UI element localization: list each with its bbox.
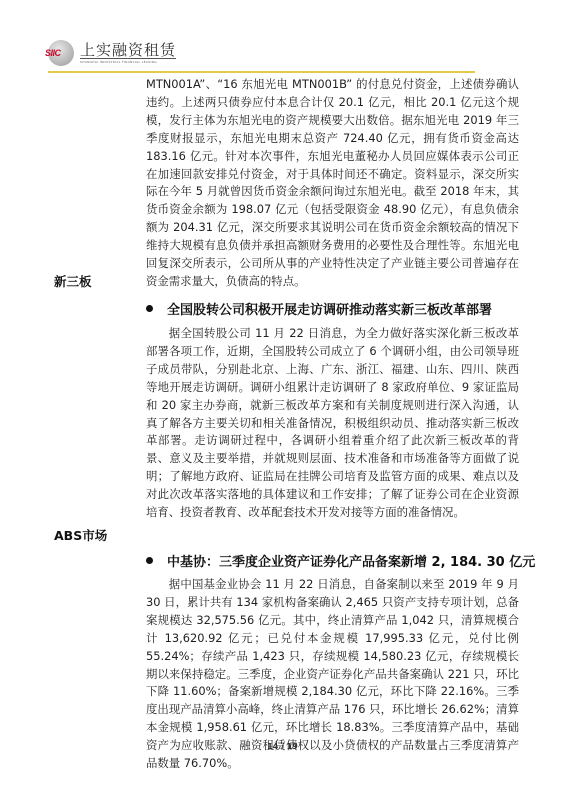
page-number: 14 / 19 — [0, 742, 565, 751]
company-logo-text: 上实融资租赁 SHANGHAI INDUSTRIAL FINANCIAL LEA… — [80, 42, 176, 65]
news-item-title: 全国股转公司积极开展走访调研推动落实新三板改革部署 — [146, 299, 492, 318]
section-heading-abs: ABS市场 — [54, 526, 107, 544]
header-divider — [48, 71, 475, 73]
document-header: SIIC 上实融资租赁 SHANGHAI INDUSTRIAL FINANCIA… — [48, 38, 176, 68]
continued-paragraph: MTN001A”、“16 东旭光电 MTN001B” 的付息兑付资金，上述债券确… — [146, 76, 519, 291]
news-title-text: 中基协：三季度企业资产证券化产品备案新增 2, 184. 30 亿元 — [167, 551, 535, 570]
logo-mark-text: SIIC — [45, 48, 61, 58]
news-body-text: 据全国转股公司 11 月 22 日消息，为全力做好落实深化新三板改革部署各项工作… — [146, 325, 519, 522]
bullet-icon — [146, 305, 153, 312]
bullet-icon — [146, 557, 153, 564]
company-logo-icon: SIIC — [48, 40, 74, 66]
paragraph-text: MTN001A”、“16 东旭光电 MTN001B” 的付息兑付资金，上述债券确… — [146, 76, 519, 291]
company-name-cn: 上实融资租赁 — [80, 42, 176, 59]
section-heading-neeq: 新三板 — [54, 272, 92, 290]
news-body: 据全国转股公司 11 月 22 日消息，为全力做好落实深化新三板改革部署各项工作… — [146, 325, 519, 522]
company-name-en: SHANGHAI INDUSTRIAL FINANCIAL LEASING — [80, 59, 176, 65]
news-title-text: 全国股转公司积极开展走访调研推动落实新三板改革部署 — [167, 299, 492, 318]
news-item-title: 中基协：三季度企业资产证券化产品备案新增 2, 184. 30 亿元 — [146, 551, 535, 570]
